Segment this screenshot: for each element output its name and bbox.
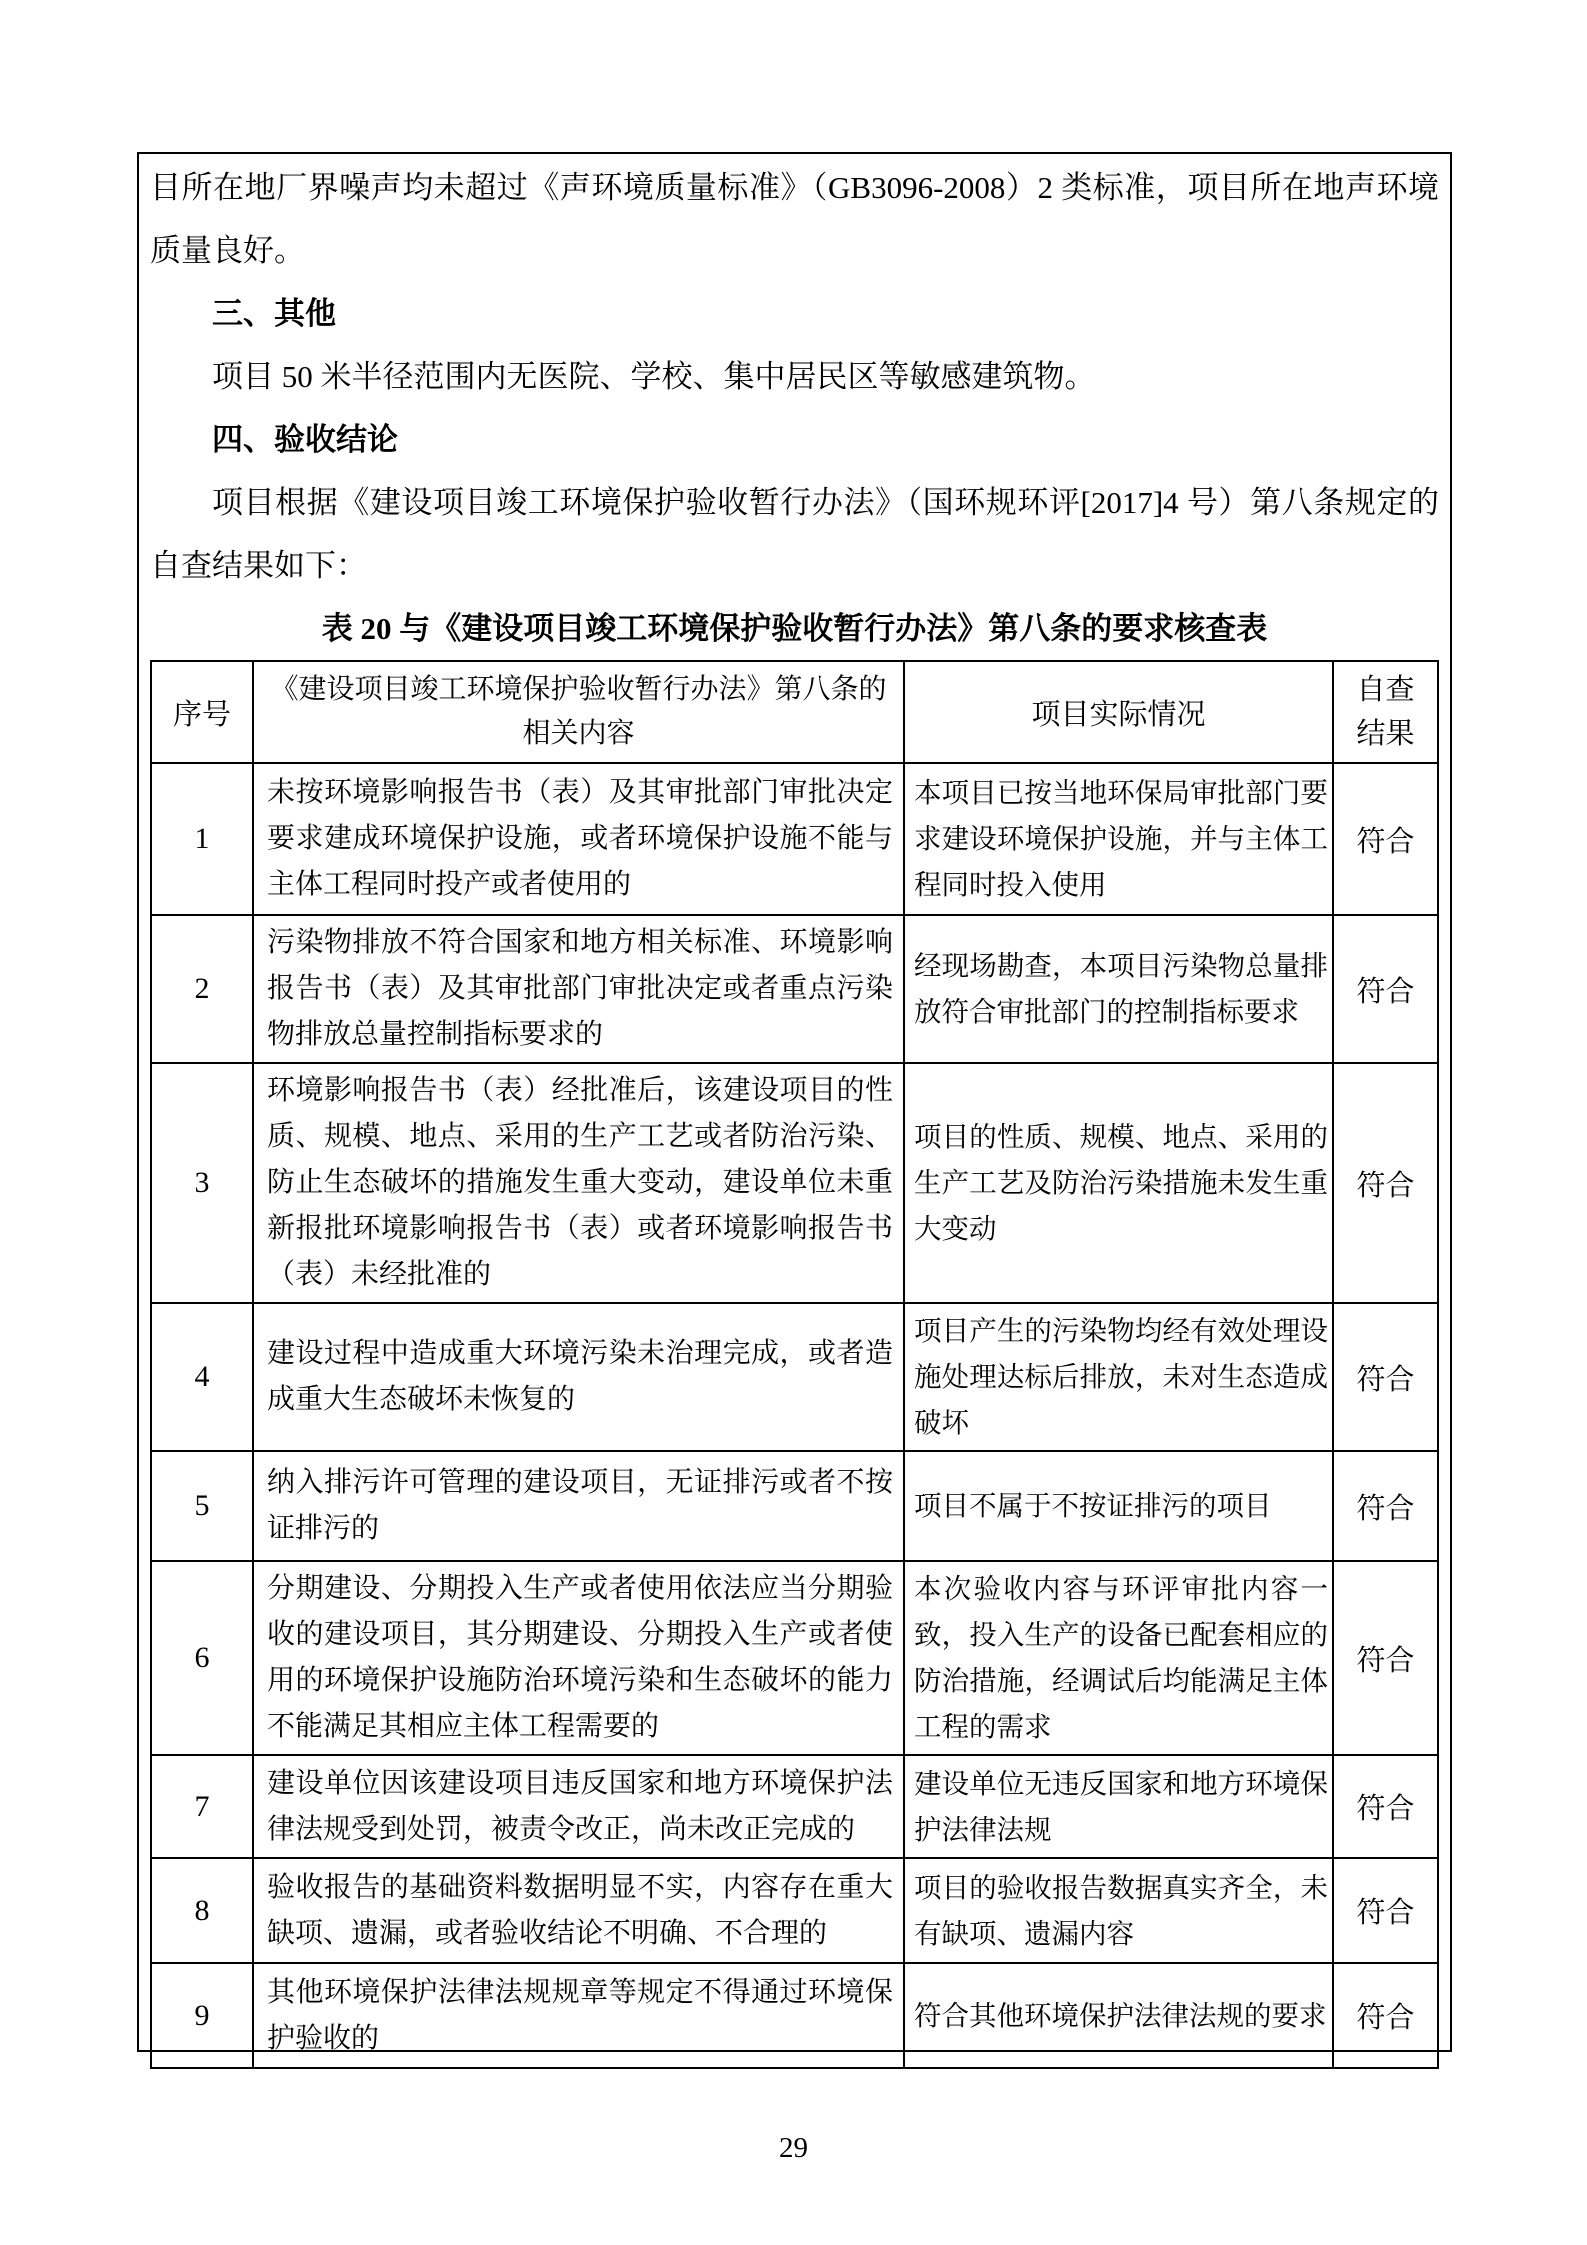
row-requirement: 纳入排污许可管理的建设项目，无证排污或者不按证排污的	[253, 1451, 904, 1561]
table-row: 2 污染物排放不符合国家和地方相关标准、环境影响报告书（表）及其审批部门审批决定…	[151, 915, 1438, 1063]
row-actual: 符合其他环境保护法律法规的要求	[904, 1963, 1333, 2068]
table-header-row: 序号 《建设项目竣工环境保护验收暂行办法》第八条的相关内容 项目实际情况 自查结…	[151, 661, 1438, 763]
row-requirement: 分期建设、分期投入生产或者使用依法应当分期验收的建设项目，其分期建设、分期投入生…	[253, 1561, 904, 1755]
row-requirement: 验收报告的基础资料数据明显不实，内容存在重大缺项、遗漏，或者验收结论不明确、不合…	[253, 1858, 904, 1963]
row-requirement: 建设单位因该建设项目违反国家和地方环境保护法律法规受到处罚，被责令改正，尚未改正…	[253, 1755, 904, 1858]
header-no: 序号	[151, 661, 253, 763]
row-requirement: 污染物排放不符合国家和地方相关标准、环境影响报告书（表）及其审批部门审批决定或者…	[253, 915, 904, 1063]
row-actual: 本项目已按当地环保局审批部门要求建设环境保护设施，并与主体工程同时投入使用	[904, 763, 1333, 915]
table-row: 3 环境影响报告书（表）经批准后，该建设项目的性质、规模、地点、采用的生产工艺或…	[151, 1063, 1438, 1303]
row-no: 8	[151, 1858, 253, 1963]
row-result: 符合	[1333, 1303, 1438, 1451]
row-result: 符合	[1333, 1963, 1438, 2068]
header-requirement: 《建设项目竣工环境保护验收暂行办法》第八条的相关内容	[253, 661, 904, 763]
page-content: 目所在地厂界噪声均未超过《声环境质量标准》（GB3096-2008）2 类标准，…	[139, 154, 1450, 2069]
row-actual: 经现场勘查，本项目污染物总量排放符合审批部门的控制指标要求	[904, 915, 1333, 1063]
row-actual: 项目的验收报告数据真实齐全，未有缺项、遗漏内容	[904, 1858, 1333, 1963]
row-actual: 本次验收内容与环评审批内容一致，投入生产的设备已配套相应的防治措施，经调试后均能…	[904, 1561, 1333, 1755]
text-frame-border: 目所在地厂界噪声均未超过《声环境质量标准》（GB3096-2008）2 类标准，…	[137, 152, 1452, 2052]
table-title: 表 20 与《建设项目竣工环境保护验收暂行办法》第八条的要求核查表	[150, 597, 1439, 660]
section-other-heading: 三、其他	[150, 282, 1439, 345]
compliance-check-table: 序号 《建设项目竣工环境保护验收暂行办法》第八条的相关内容 项目实际情况 自查结…	[150, 660, 1439, 2069]
row-requirement: 建设过程中造成重大环境污染未治理完成，或者造成重大生态破坏未恢复的	[253, 1303, 904, 1451]
row-actual: 建设单位无违反国家和地方环境保护法律法规	[904, 1755, 1333, 1858]
row-actual: 项目的性质、规模、地点、采用的生产工艺及防治污染措施未发生重大变动	[904, 1063, 1333, 1303]
section-conclusion-text: 项目根据《建设项目竣工环境保护验收暂行办法》（国环规环评[2017]4 号）第八…	[150, 471, 1439, 597]
row-no: 9	[151, 1963, 253, 2068]
header-result: 自查结果	[1333, 661, 1438, 763]
row-requirement: 环境影响报告书（表）经批准后，该建设项目的性质、规模、地点、采用的生产工艺或者防…	[253, 1063, 904, 1303]
row-no: 7	[151, 1755, 253, 1858]
row-no: 3	[151, 1063, 253, 1303]
table-row: 8 验收报告的基础资料数据明显不实，内容存在重大缺项、遗漏，或者验收结论不明确、…	[151, 1858, 1438, 1963]
document-page: 目所在地厂界噪声均未超过《声环境质量标准》（GB3096-2008）2 类标准，…	[0, 0, 1587, 2245]
row-result: 符合	[1333, 1755, 1438, 1858]
section-conclusion-heading: 四、验收结论	[150, 408, 1439, 471]
row-no: 6	[151, 1561, 253, 1755]
table-row: 4 建设过程中造成重大环境污染未治理完成，或者造成重大生态破坏未恢复的 项目产生…	[151, 1303, 1438, 1451]
table-row: 6 分期建设、分期投入生产或者使用依法应当分期验收的建设项目，其分期建设、分期投…	[151, 1561, 1438, 1755]
table-row: 5 纳入排污许可管理的建设项目，无证排污或者不按证排污的 项目不属于不按证排污的…	[151, 1451, 1438, 1561]
row-result: 符合	[1333, 1561, 1438, 1755]
row-result: 符合	[1333, 1451, 1438, 1561]
row-requirement: 其他环境保护法律法规规章等规定不得通过环境保护验收的	[253, 1963, 904, 2068]
table-row: 7 建设单位因该建设项目违反国家和地方环境保护法律法规受到处罚，被责令改正，尚未…	[151, 1755, 1438, 1858]
row-result: 符合	[1333, 915, 1438, 1063]
intro-paragraph: 目所在地厂界噪声均未超过《声环境质量标准》（GB3096-2008）2 类标准，…	[150, 156, 1439, 282]
table-row: 9 其他环境保护法律法规规章等规定不得通过环境保护验收的 符合其他环境保护法律法…	[151, 1963, 1438, 2068]
row-no: 1	[151, 763, 253, 915]
page-number: 29	[0, 2128, 1587, 2168]
row-actual: 项目不属于不按证排污的项目	[904, 1451, 1333, 1561]
row-result: 符合	[1333, 763, 1438, 915]
row-result: 符合	[1333, 1858, 1438, 1963]
section-other-text: 项目 50 米半径范围内无医院、学校、集中居民区等敏感建筑物。	[150, 345, 1439, 408]
table-row: 1 未按环境影响报告书（表）及其审批部门审批决定要求建成环境保护设施，或者环境保…	[151, 763, 1438, 915]
row-no: 4	[151, 1303, 253, 1451]
row-requirement: 未按环境影响报告书（表）及其审批部门审批决定要求建成环境保护设施，或者环境保护设…	[253, 763, 904, 915]
header-actual: 项目实际情况	[904, 661, 1333, 763]
row-no: 5	[151, 1451, 253, 1561]
row-result: 符合	[1333, 1063, 1438, 1303]
row-no: 2	[151, 915, 253, 1063]
row-actual: 项目产生的污染物均经有效处理设施处理达标后排放，未对生态造成破坏	[904, 1303, 1333, 1451]
